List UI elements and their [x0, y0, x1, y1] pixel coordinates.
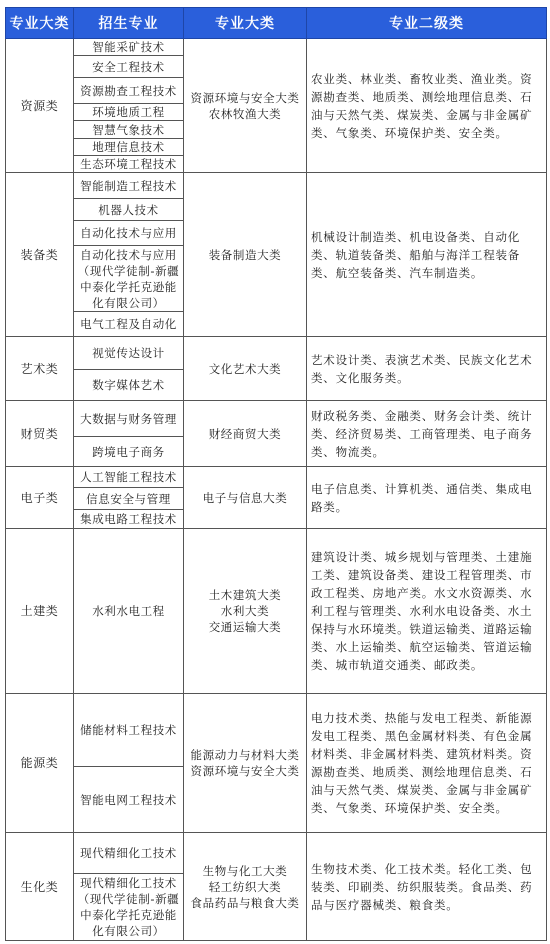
table-row: 财贸类 大数据与财务管理 财经商贸大类 财政税务类、金融类、财务会计类、统计类、…: [6, 401, 547, 437]
major-cell: 视觉传达设计: [74, 337, 184, 370]
category-cell: 能源类: [6, 694, 74, 833]
category-cell: 电子类: [6, 467, 74, 529]
major-cell: 数字媒体艺术: [74, 370, 184, 401]
header-category: 专业大类: [6, 8, 74, 39]
table-row: 装备类 智能制造工程技术 装备制造大类 机械设计制造类、机电设备类、自动化类、轨…: [6, 173, 547, 199]
header-major-category: 专业大类: [184, 8, 307, 39]
major-cell: 自动化技术与应用（现代学徒制-新疆中泰化学托克逊能化有限公司）: [74, 246, 184, 312]
major-cell: 人工智能工程技术: [74, 467, 184, 488]
table-row: 资源类 智能采矿技术 资源环境与安全大类 农林牧渔大类 农业类、林业类、畜牧业类…: [6, 39, 547, 56]
major-cell: 水利水电工程: [74, 529, 184, 694]
major-cell: 电气工程及自动化: [74, 312, 184, 337]
major-category-cell: 资源环境与安全大类 农林牧渔大类: [184, 39, 307, 173]
major-cell: 现代精细化工技术（现代学徒制-新疆中泰化学托克逊能化有限公司）: [74, 874, 184, 941]
major-cell: 机器人技术: [74, 199, 184, 221]
sub-category-cell: 电力技术类、热能与发电工程类、新能源发电工程类、黑色金属材料类、有色金属材料类、…: [307, 694, 547, 833]
category-cell: 财贸类: [6, 401, 74, 467]
major-cell: 大数据与财务管理: [74, 401, 184, 437]
major-cell: 安全工程技术: [74, 56, 184, 78]
major-cell: 环境地质工程: [74, 104, 184, 121]
category-cell: 土建类: [6, 529, 74, 694]
major-cell: 跨境电子商务: [74, 437, 184, 467]
major-cell: 生态环境工程技术: [74, 156, 184, 173]
sub-category-cell: 建筑设计类、城乡规划与管理类、土建施工类、建筑设备类、建设工程管理类、市政工程类…: [307, 529, 547, 694]
major-cell: 智慧气象技术: [74, 121, 184, 139]
category-cell: 艺术类: [6, 337, 74, 401]
major-category-cell: 财经商贸大类: [184, 401, 307, 467]
major-cell: 集成电路工程技术: [74, 510, 184, 529]
major-cell: 现代精细化工技术: [74, 833, 184, 874]
major-cell: 信息安全与管理: [74, 488, 184, 510]
major-category-cell: 文化艺术大类: [184, 337, 307, 401]
major-category-cell: 能源动力与材料大类 资源环境与安全大类: [184, 694, 307, 833]
header-enrollment-major: 招生专业: [74, 8, 184, 39]
sub-category-cell: 机械设计制造类、机电设备类、自动化类、轨道装备类、船舶与海洋工程装备类、航空装备…: [307, 173, 547, 337]
sub-category-cell: 生物技术类、化工技术类。轻化工类、包装类、印刷类、纺织服装类。食品类、药品与医疗…: [307, 833, 547, 941]
sub-category-cell: 财政税务类、金融类、财务会计类、统计类、经济贸易类、工商管理类、电子商务类、物流…: [307, 401, 547, 467]
major-cell: 储能材料工程技术: [74, 694, 184, 767]
major-category-cell: 电子与信息大类: [184, 467, 307, 529]
major-cell: 资源勘查工程技术: [74, 78, 184, 104]
sub-category-cell: 电子信息类、计算机类、通信类、集成电路类。: [307, 467, 547, 529]
majors-table: 专业大类 招生专业 专业大类 专业二级类 资源类 智能采矿技术 资源环境与安全大…: [5, 7, 547, 941]
major-category-cell: 装备制造大类: [184, 173, 307, 337]
category-cell: 资源类: [6, 39, 74, 173]
major-category-cell: 土木建筑大类 水利大类 交通运输大类: [184, 529, 307, 694]
table-row: 生化类 现代精细化工技术 生物与化工大类 轻工纺织大类 食品药品与粮食大类 生物…: [6, 833, 547, 874]
major-cell: 智能制造工程技术: [74, 173, 184, 199]
category-cell: 装备类: [6, 173, 74, 337]
major-cell: 地理信息技术: [74, 139, 184, 156]
sub-category-cell: 艺术设计类、表演艺术类、民族文化艺术类、文化服务类。: [307, 337, 547, 401]
major-cell: 智能采矿技术: [74, 39, 184, 56]
major-cell: 智能电网工程技术: [74, 767, 184, 833]
table-header-row: 专业大类 招生专业 专业大类 专业二级类: [6, 8, 547, 39]
major-cell: 自动化技术与应用: [74, 221, 184, 246]
header-sub-category: 专业二级类: [307, 8, 547, 39]
table-row: 电子类 人工智能工程技术 电子与信息大类 电子信息类、计算机类、通信类、集成电路…: [6, 467, 547, 488]
table-row: 艺术类 视觉传达设计 文化艺术大类 艺术设计类、表演艺术类、民族文化艺术类、文化…: [6, 337, 547, 370]
major-category-cell: 生物与化工大类 轻工纺织大类 食品药品与粮食大类: [184, 833, 307, 941]
table-row: 能源类 储能材料工程技术 能源动力与材料大类 资源环境与安全大类 电力技术类、热…: [6, 694, 547, 767]
category-cell: 生化类: [6, 833, 74, 941]
table-row: 土建类 水利水电工程 土木建筑大类 水利大类 交通运输大类 建筑设计类、城乡规划…: [6, 529, 547, 694]
sub-category-cell: 农业类、林业类、畜牧业类、渔业类。资源勘查类、地质类、测绘地理信息类、石油与天然…: [307, 39, 547, 173]
